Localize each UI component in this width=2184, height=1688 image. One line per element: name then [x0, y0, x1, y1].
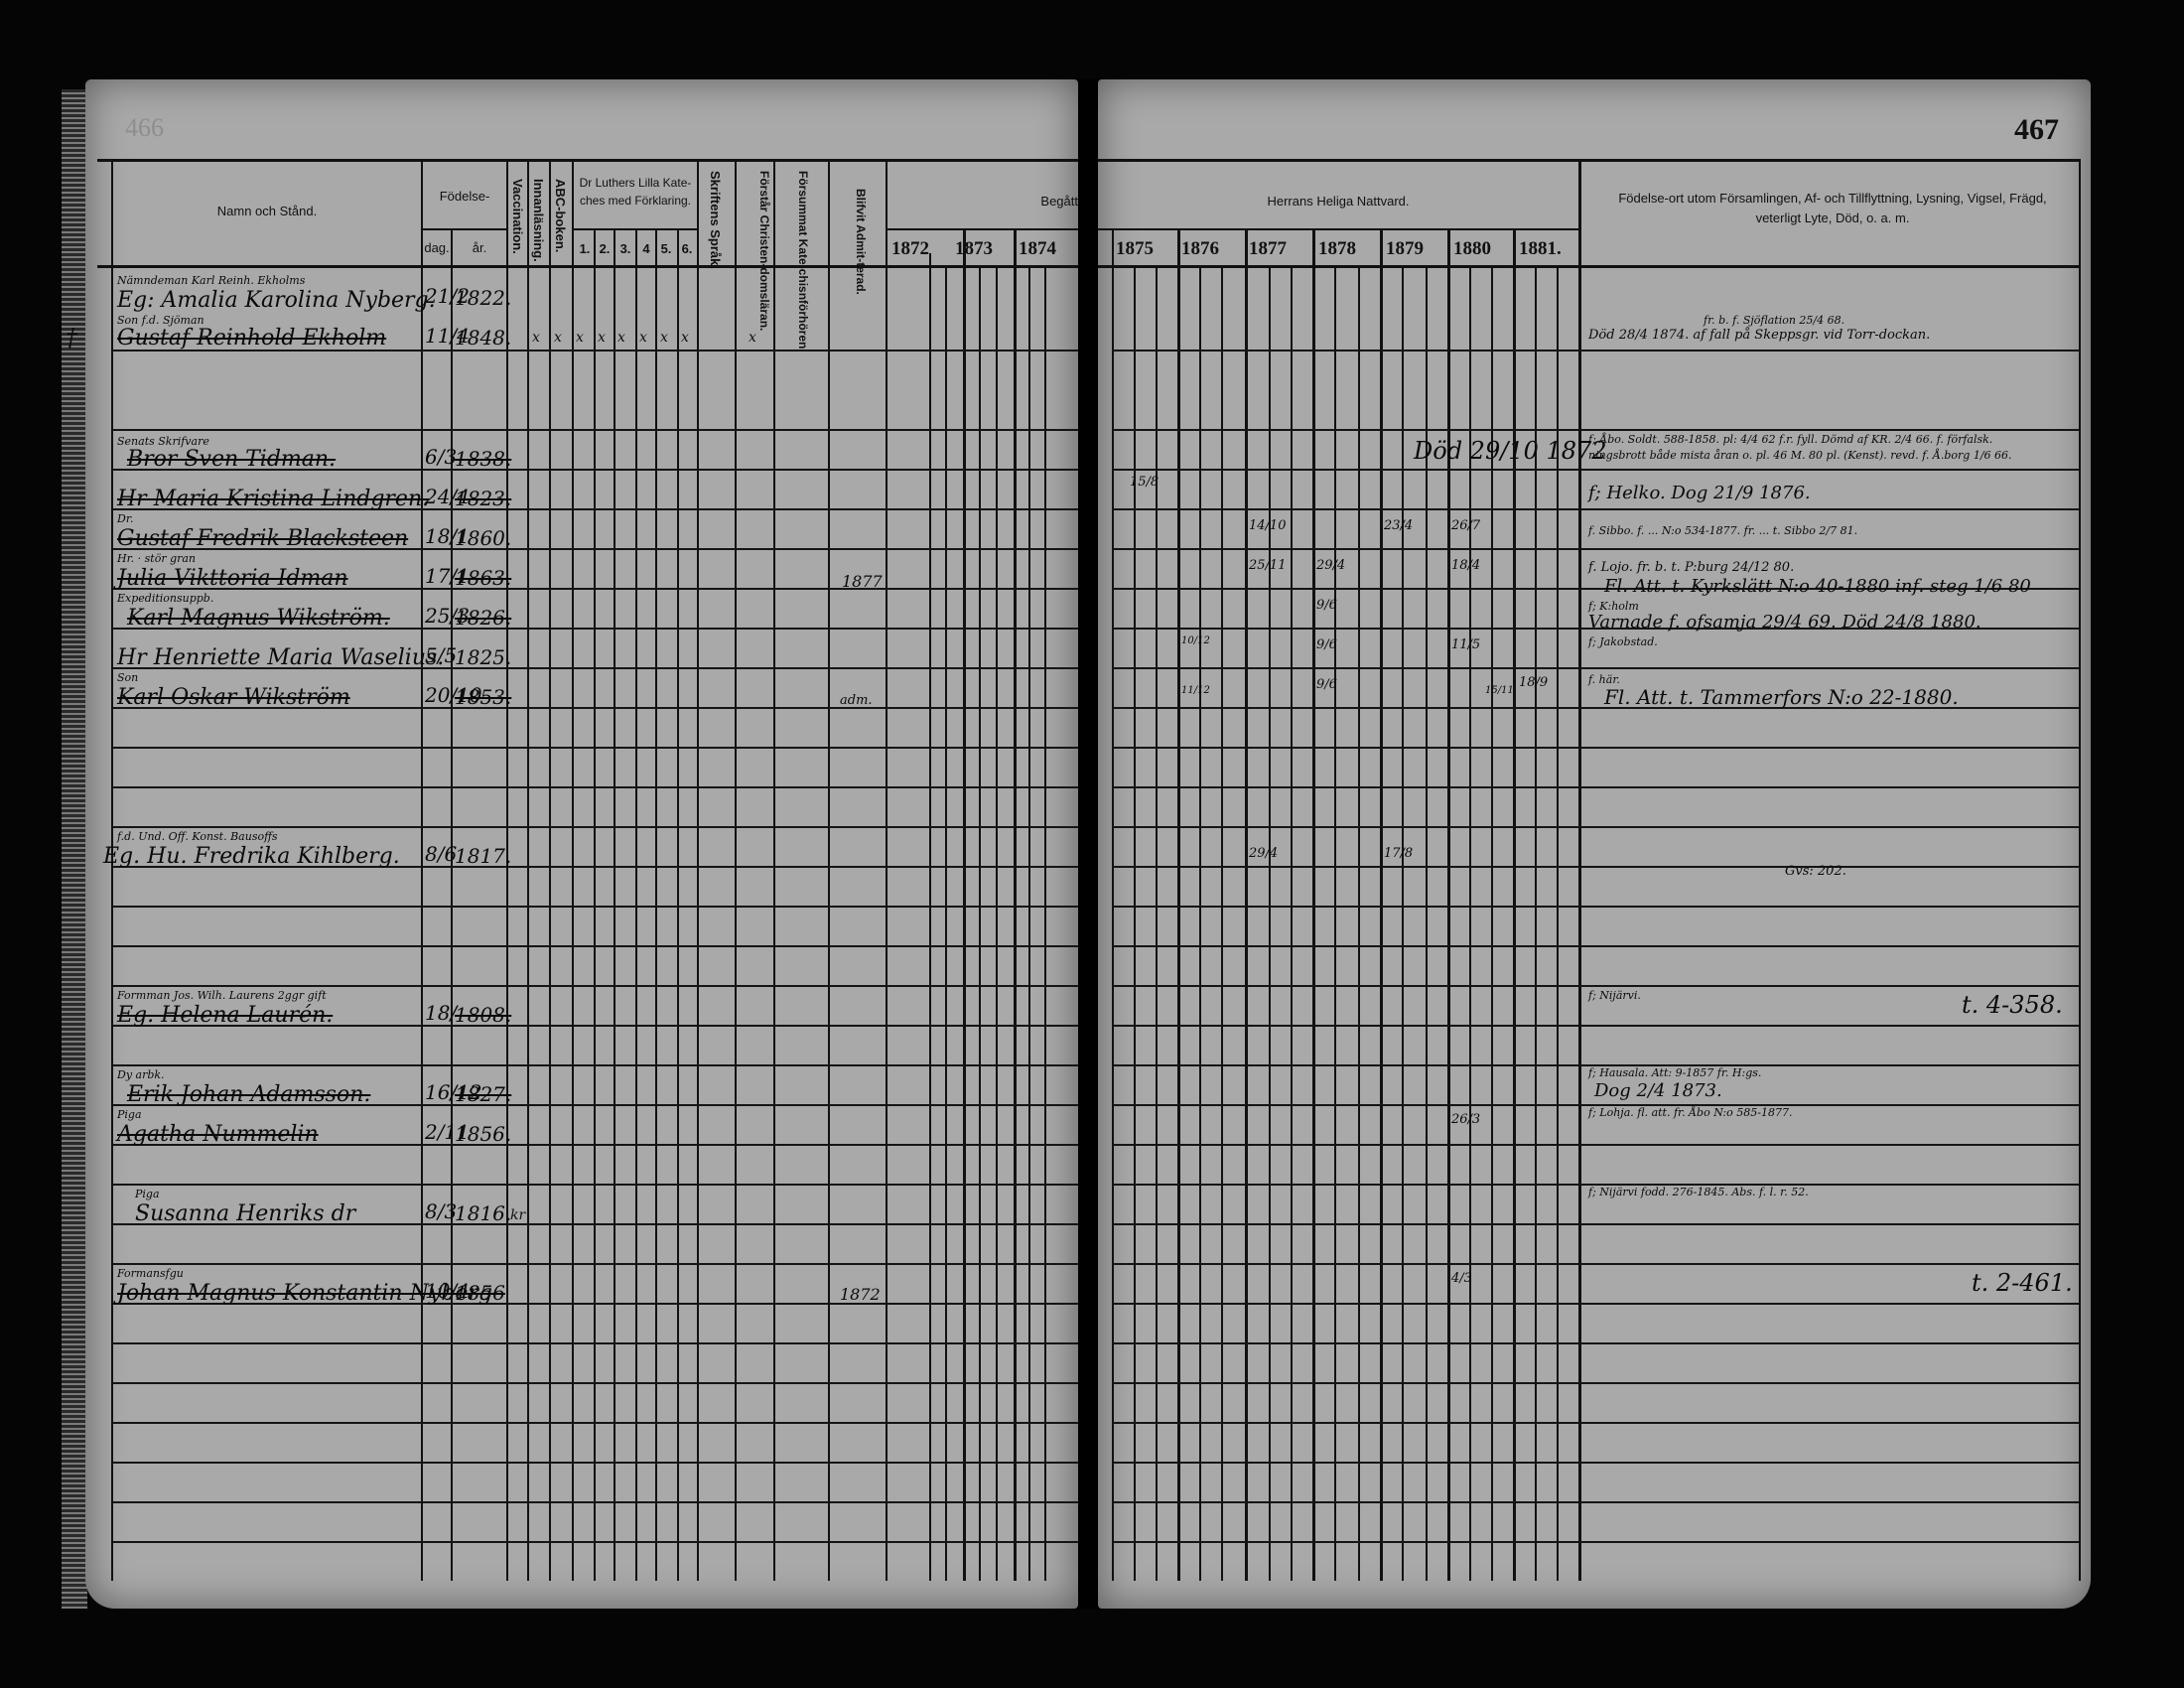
admission-year: 1877: [842, 572, 883, 591]
catechism-col-2: 2.: [596, 241, 614, 256]
col-line: [635, 228, 637, 1581]
communion-date: 11/12: [1181, 685, 1210, 696]
communion-date: 26/7: [1451, 518, 1480, 533]
catechism-col-1: 1.: [576, 241, 594, 256]
col-line: [506, 161, 508, 1581]
row-rule: [1112, 985, 2079, 987]
remarks-divider: [1578, 161, 1581, 1581]
header-vaccination: Vaccination.: [510, 179, 524, 254]
communion-date: 4/3: [1451, 1271, 1472, 1286]
remark: f; Hausala. Att: 9-1857 fr. H:gs.: [1588, 1066, 1761, 1079]
entry-name: Susanna Henriks dr: [135, 1201, 355, 1226]
entry-name: Karl Oskar Wikström: [117, 685, 350, 710]
rule: [423, 228, 506, 230]
death-note-1872: Död 29/10 1872: [1414, 437, 1607, 465]
communion-date: 18/9: [1519, 675, 1548, 690]
entry-day: 5/5: [425, 643, 457, 667]
entry-title: Piga: [135, 1188, 160, 1200]
remark: f; Nijärvi.: [1588, 989, 1641, 1002]
entry-title: Formman Jos. Wilh. Laurens 2ggr gift: [117, 989, 327, 1002]
col-line: [735, 161, 737, 1581]
entry-name: Karl Magnus Wikström.: [127, 606, 390, 631]
header-top-rule: [97, 159, 1078, 162]
remark: f; Jakobstad.: [1588, 635, 1658, 648]
remark: Fl. Att. t. Kyrkslätt N:o 40-1880 inf. s…: [1604, 576, 2031, 597]
entry-title: Formansfgu: [117, 1267, 184, 1280]
communion-date: 17/8: [1384, 846, 1413, 861]
communion-date: 15/8: [1130, 475, 1159, 490]
col-line: [963, 228, 966, 1581]
mark-x: x: [681, 330, 689, 346]
entry-title: Piga: [117, 1108, 142, 1121]
entry-day: 8/3: [425, 1199, 457, 1223]
mark-x: x: [598, 330, 606, 346]
entry-name: Eg. Helena Laurén.: [117, 1003, 333, 1028]
mark-x: x: [617, 330, 625, 346]
header-birth-day: dag.: [423, 240, 451, 255]
row-rule: [113, 1462, 1078, 1464]
mark-x: x: [639, 330, 647, 346]
remark: f; Lohja. fl. att. fr. Åbo N:o 585-1877.: [1588, 1106, 1792, 1119]
col-line: [1014, 228, 1017, 1581]
row-rule: [113, 1501, 1078, 1503]
header-name-stand: Namn och Stånd.: [113, 204, 421, 218]
header-forsummat: Försummat Kate-chisnförhören.: [780, 171, 810, 352]
entry-year: 1823.: [455, 487, 511, 510]
row-rule: [1112, 1025, 2079, 1027]
remark-ref: t. 4-358.: [1962, 991, 2063, 1019]
entry-name: Eg. Hu. Fredrika Kihlberg.: [103, 844, 400, 869]
entry-day: 6/3: [425, 445, 457, 469]
col-line: [421, 161, 423, 1581]
row-rule: [113, 1342, 1078, 1344]
communion-date: 29/4: [1316, 558, 1345, 573]
entry-year: 1808.: [455, 1003, 511, 1027]
row-rule: [113, 1184, 1078, 1186]
col-line: [614, 228, 615, 1581]
row-rule: [1112, 429, 2079, 431]
entry-day: 8/6: [425, 842, 457, 866]
row-rule: [113, 826, 1078, 828]
communion-date: 15/11: [1485, 685, 1514, 696]
communion-date: 25/11: [1249, 558, 1286, 573]
entry-year: 1856.: [455, 1122, 511, 1146]
entry-year: 1848.: [455, 326, 511, 350]
communion-date: 11/5: [1451, 637, 1480, 652]
entry-year: 1827.: [455, 1082, 511, 1106]
entry-title: Dr.: [117, 512, 133, 525]
entry-year: 1826.: [455, 606, 511, 630]
entry-title: Expeditionsuppb.: [117, 592, 213, 605]
book-binding-edge: [62, 89, 87, 1609]
row-rule: [113, 1382, 1078, 1384]
admission-note: adm.: [840, 693, 873, 708]
row-rule: [1112, 667, 2079, 669]
col-line: [828, 161, 830, 1581]
row-rule: [113, 747, 1078, 749]
faint-page-number: 466: [125, 113, 164, 143]
col-line: [697, 161, 699, 1581]
row-rule: [113, 1263, 1078, 1265]
entry-year: 1853.: [455, 685, 511, 709]
catechism-col-5: 5.: [657, 241, 675, 256]
remark: Dog 2/4 1873.: [1594, 1080, 1722, 1101]
col-line: [655, 228, 657, 1581]
communion-date: 18/4: [1451, 558, 1480, 573]
entry-day: 18/: [425, 1001, 457, 1025]
header-top-rule: [1098, 159, 2081, 162]
row-rule: [1112, 747, 2079, 749]
row-rule: [1112, 469, 2079, 471]
entry-title: Dy arbk.: [117, 1068, 165, 1081]
row-rule: [1112, 548, 2079, 550]
header-admitterad: Blifvit Admit-terad.: [838, 189, 868, 295]
right-page: 467 Herrans Heliga Nattvard. 1875 1876 1…: [1098, 79, 2091, 1609]
row-rule: [113, 945, 1078, 947]
year-1874: 1874: [1019, 238, 1056, 260]
row-rule: [1112, 1303, 2079, 1305]
catechism-col-6: 6.: [678, 241, 696, 256]
mark-x: x: [554, 330, 562, 346]
entry-title: Nämndeman Karl Reinh. Ekholms: [117, 274, 305, 287]
year-1872: 1872: [891, 238, 929, 260]
remark: fr. b. f. Sjöflation 25/4 68.: [1704, 314, 1844, 327]
entry-name: Gustaf Reinhold Ekholm: [117, 326, 386, 351]
mark-kr: kr: [510, 1207, 525, 1223]
header-remarks: Födelse-ort utom Församlingen, Af- och T…: [1594, 189, 2071, 228]
row-rule: [1112, 866, 2079, 868]
communion-date: 9/6: [1316, 677, 1337, 692]
year-1877: 1877: [1249, 238, 1287, 260]
year-1880: 1880: [1453, 238, 1491, 260]
remark: f. Lojo. fr. b. t. P:burg 24/12 80.: [1588, 560, 1794, 575]
entry-year: 1838.: [455, 447, 511, 471]
row-rule: [1112, 1501, 2079, 1503]
mark-x: x: [532, 330, 540, 346]
row-rule: [113, 786, 1078, 788]
col-line: [886, 161, 887, 1581]
col-line: [773, 161, 775, 1581]
left-margin-line: [111, 161, 113, 1581]
header-abc-boken: ABC-boken.: [553, 179, 567, 252]
year-1881: 1881.: [1519, 238, 1562, 260]
year-1876: 1876: [1181, 238, 1219, 260]
entry-name: Erik Johan Adamsson.: [127, 1082, 370, 1107]
col-line: [677, 228, 679, 1581]
row-rule: [1112, 826, 2079, 828]
communion-date: 23/4: [1384, 518, 1413, 533]
header-birth-year: år.: [453, 240, 506, 255]
col-line: [451, 228, 453, 1581]
rule: [574, 228, 697, 230]
year-1875: 1875: [1116, 238, 1154, 260]
row-rule: [1112, 350, 2079, 352]
entry-title: Hr. · stör gran: [117, 552, 196, 565]
row-rule: [1112, 1144, 2079, 1146]
page-number: 467: [2014, 113, 2059, 147]
row-rule: [1112, 906, 2079, 908]
year-1878: 1878: [1318, 238, 1356, 260]
entry-year: 1817.: [455, 844, 511, 868]
remark: f; Nijärvi fodd. 276-1845. Abs. f. l. r.…: [1588, 1186, 1809, 1198]
col-line: [527, 161, 529, 1581]
entry-year: 1816.: [455, 1201, 511, 1225]
row-rule: [1112, 1382, 2079, 1384]
entry-name: Hr Henriette Maria Waselius.: [117, 645, 444, 670]
mark-x: x: [576, 330, 584, 346]
row-rule: [1112, 945, 2079, 947]
communion-date: 14/10: [1249, 518, 1286, 533]
communion-date: 26/3: [1451, 1112, 1480, 1127]
book-gutter: [1078, 79, 1098, 1609]
mark-x: x: [660, 330, 668, 346]
entry-name: Agatha Nummelin: [117, 1122, 319, 1147]
year-1873: 1873: [955, 238, 993, 260]
communion-date: 10/12: [1181, 635, 1210, 646]
col-line: [549, 161, 551, 1581]
year-1879: 1879: [1386, 238, 1424, 260]
remark: Gvs: 202.: [1785, 864, 1846, 879]
catechism-col-4: 4: [637, 241, 655, 256]
remark: f; Åbo. Soldt. 588-1858. pl: 4/4 62 f.r.…: [1588, 433, 1992, 446]
mark-x: x: [749, 330, 756, 346]
header-innanlasning: Innanläsning.: [531, 179, 545, 262]
header-begatt: Begått: [887, 194, 1078, 209]
catechism-col-3: 3.: [616, 241, 634, 256]
rule: [887, 228, 1078, 230]
entry-title: Son: [117, 671, 138, 684]
remark: f. Sibbo. f. ... N:o 534-1877. fr. ... t…: [1588, 524, 1857, 537]
row-rule: [1112, 1422, 2079, 1424]
rule: [1098, 228, 1578, 230]
entry-name: Hr Maria Kristina Lindgren.: [117, 487, 429, 511]
cross-margin-mark: †: [66, 324, 77, 352]
row-rule: [113, 429, 1078, 431]
communion-date: 29/4: [1249, 846, 1278, 861]
right-edge-line: [2079, 161, 2081, 1581]
entry-year: 1856: [455, 1281, 505, 1305]
communion-date: 9/6: [1316, 637, 1337, 652]
header-communion: Herrans Heliga Nattvard.: [1098, 194, 1578, 209]
row-rule: [113, 1422, 1078, 1424]
col-line: [594, 228, 596, 1581]
row-rule: [1112, 508, 2079, 510]
entry-title: f.d. Und. Off. Konst. Bausoffs: [117, 830, 278, 843]
remark: f; Helko. Dog 21/9 1876.: [1588, 483, 1811, 503]
entry-name: Bror Sven Tidman.: [127, 447, 336, 472]
remark: ningsbrott både mista åran o. pl. 46 M. …: [1588, 449, 2012, 462]
row-rule: [113, 985, 1078, 987]
remark: Fl. Att. t. Tammerfors N:o 22-1880.: [1604, 685, 1959, 709]
header-birth: Födelse-: [423, 189, 506, 204]
remark-ref: t. 2-461.: [1972, 1269, 2073, 1297]
header-forstar: Förstår Christen-domsläran.: [742, 171, 771, 331]
entry-name: Gustaf Fredrik Blacksteen: [117, 526, 408, 551]
row-rule: [1112, 1263, 2079, 1265]
admission-year: 1872: [840, 1285, 881, 1304]
left-page: 466 Namn och Stånd. Födelse- dag. år. Va…: [85, 79, 1078, 1609]
entry-name: Julia Vikttoria Idman: [117, 566, 348, 591]
col-line: [572, 161, 574, 1581]
entry-year: 1860.: [455, 526, 511, 550]
entry-year: 1822.: [455, 286, 511, 310]
remark: Varnade f. ofsamja 29/4 69. Död 24/8 188…: [1588, 612, 1981, 633]
row-rule: [113, 1541, 1078, 1543]
entry-year: 1825.: [455, 645, 511, 669]
entry-year: 1863.: [455, 566, 511, 590]
row-rule: [1112, 1462, 2079, 1464]
communion-date: 9/6: [1316, 598, 1337, 613]
row-rule: [1112, 1342, 2079, 1344]
row-rule: [1112, 1541, 2079, 1543]
remark: Död 28/4 1874. af fall på Skeppsgr. vid …: [1588, 328, 1930, 343]
header-catechism: Dr Luthers Lilla Kate-ches med Förklarin…: [574, 174, 697, 210]
row-rule: [113, 906, 1078, 908]
header-skriftens-sprak: Skriftens Språk.: [708, 171, 722, 269]
row-rule: [1112, 1223, 2079, 1225]
row-rule: [113, 1064, 1078, 1066]
entry-name: Eg: Amalia Karolina Nyberg.: [117, 288, 436, 313]
row-rule: [1112, 786, 2079, 788]
